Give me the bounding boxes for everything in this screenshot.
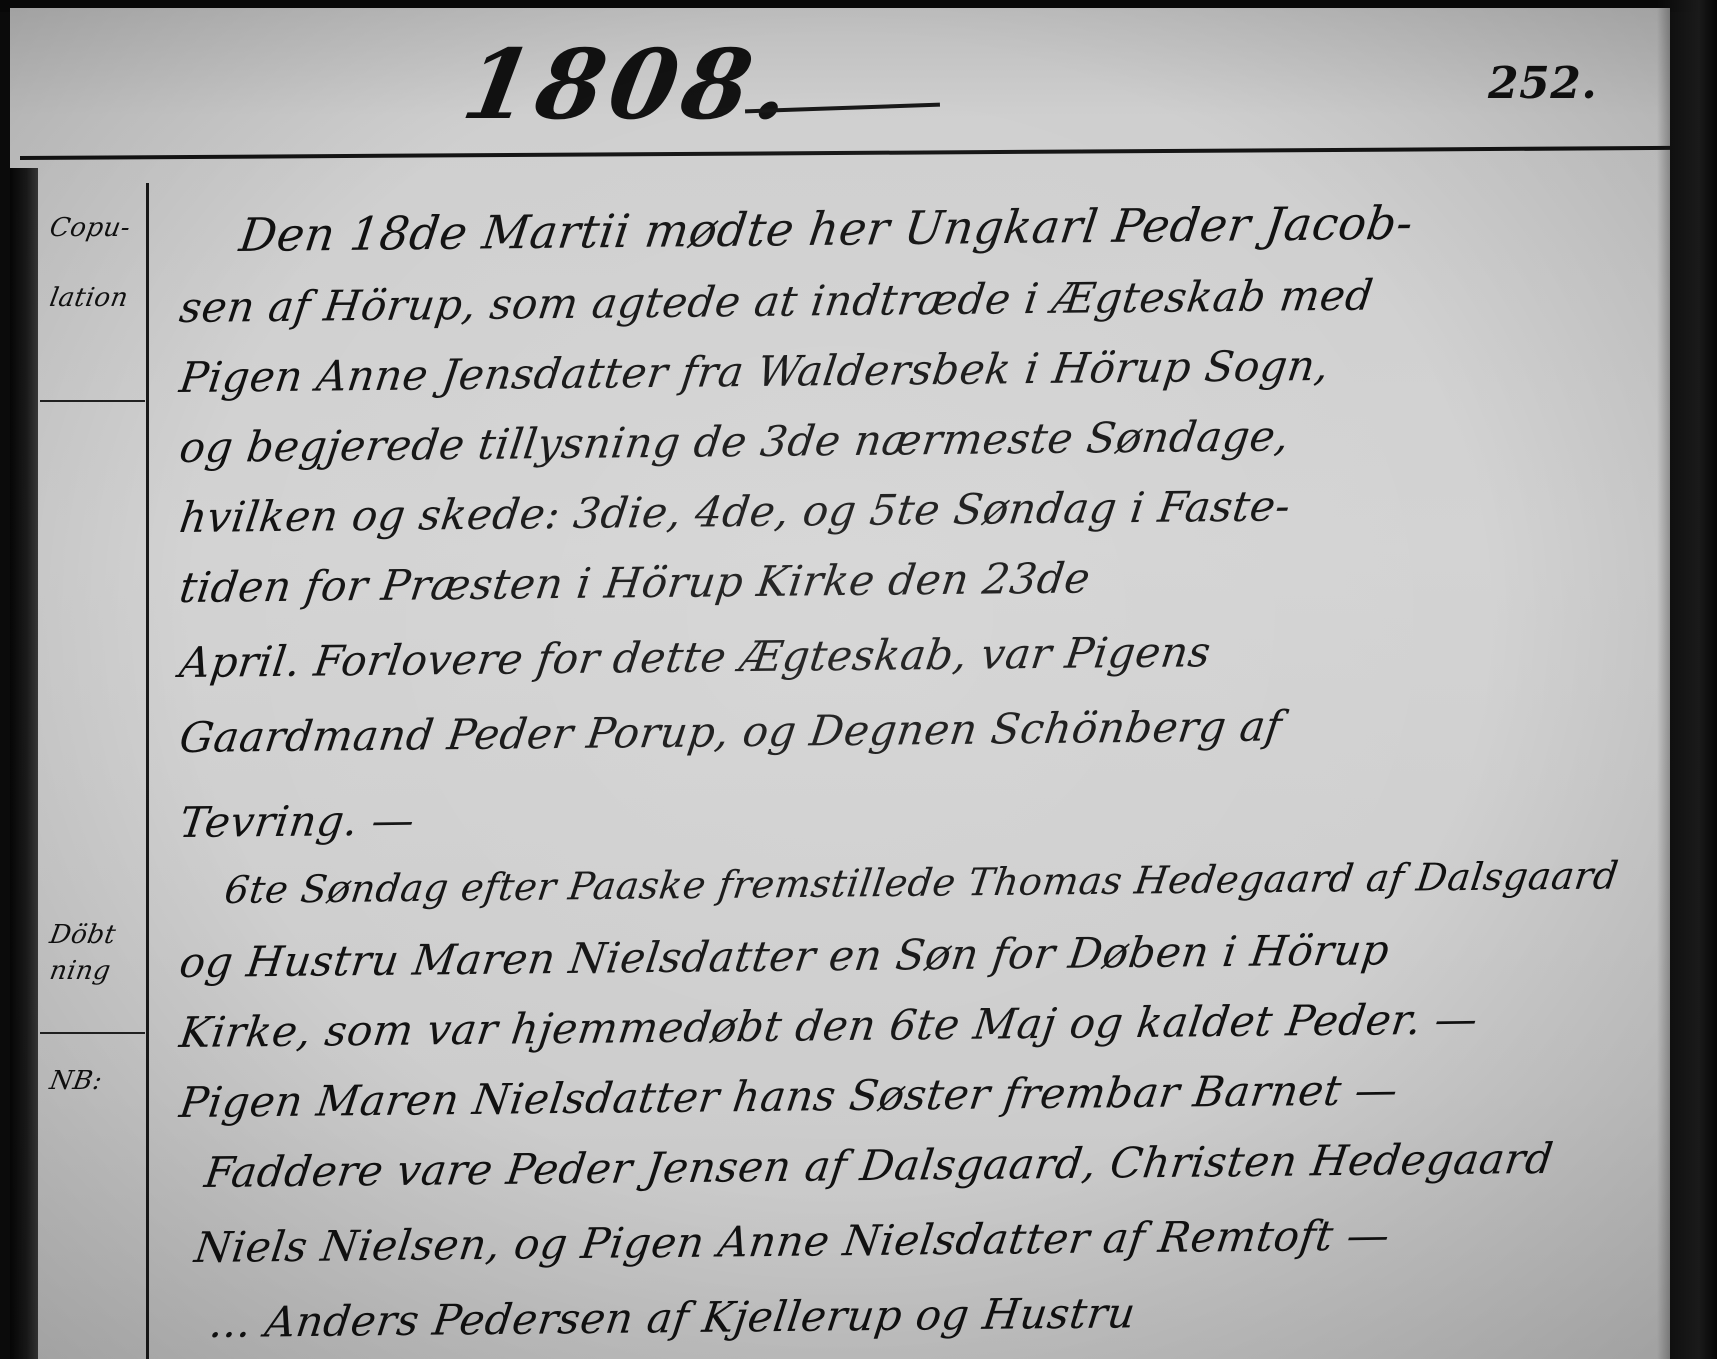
binding-shadow bbox=[10, 168, 38, 1359]
entry-line: April. Forlovere for dette Ægteskab, var… bbox=[177, 627, 1214, 687]
margin-rule bbox=[146, 183, 149, 1359]
entry-line: 6te Søndag efter Paaske fremstillede Tho… bbox=[222, 853, 1621, 912]
entry-line: og Hustru Maren Nielsdatter en Søn for D… bbox=[177, 925, 1393, 987]
entry-line: Pigen Maren Nielsdatter hans Søster frem… bbox=[177, 1065, 1401, 1127]
register-page: 1808. 252. Copu- lation Döbt ning NB: De… bbox=[10, 8, 1670, 1359]
entry-line: Den 18de Martii mødte her Ungkarl Peder … bbox=[236, 196, 1416, 262]
scan-right-edge bbox=[1657, 0, 1717, 1359]
entry-line: tiden for Præsten i Hörup Kirke den 23de bbox=[177, 553, 1093, 612]
entry-line: Tevring. — bbox=[177, 796, 418, 848]
margin-note-baptism-1: Döbt bbox=[47, 920, 118, 950]
header-rule bbox=[20, 146, 1670, 160]
margin-divider bbox=[40, 1032, 145, 1034]
entry-line: Gaardmand Peder Porup, og Degnen Schönbe… bbox=[177, 701, 1285, 762]
entry-line: sen af Hörup, som agtede at indtræde i Æ… bbox=[177, 270, 1376, 332]
entry-line: og begjerede tillysning de 3de nærmeste … bbox=[177, 411, 1293, 472]
entry-line: Pigen Anne Jensdatter fra Waldersbek i H… bbox=[177, 341, 1332, 402]
margin-note-copulation-1: Copu- bbox=[47, 213, 133, 243]
page-year: 1808. bbox=[455, 28, 806, 141]
entry-line: hvilken og skede: 3die, 4de, og 5te Sønd… bbox=[177, 481, 1294, 542]
entry-line: Faddere vare Peder Jensen af Dalsgaard, … bbox=[202, 1134, 1556, 1197]
margin-note-nb: NB: bbox=[47, 1066, 104, 1096]
margin-note-copulation-2: lation bbox=[47, 283, 130, 313]
entry-line: Niels Nielsen, og Pigen Anne Nielsdatter… bbox=[192, 1210, 1393, 1272]
entry-line: ... Anders Pedersen af Kjellerup og Hust… bbox=[207, 1288, 1139, 1347]
page-number: 252. bbox=[1488, 58, 1597, 109]
margin-divider bbox=[40, 400, 145, 402]
entry-line: Kirke, som var hjemmedøbt den 6te Maj og… bbox=[177, 994, 1481, 1057]
margin-note-baptism-2: ning bbox=[47, 956, 113, 986]
